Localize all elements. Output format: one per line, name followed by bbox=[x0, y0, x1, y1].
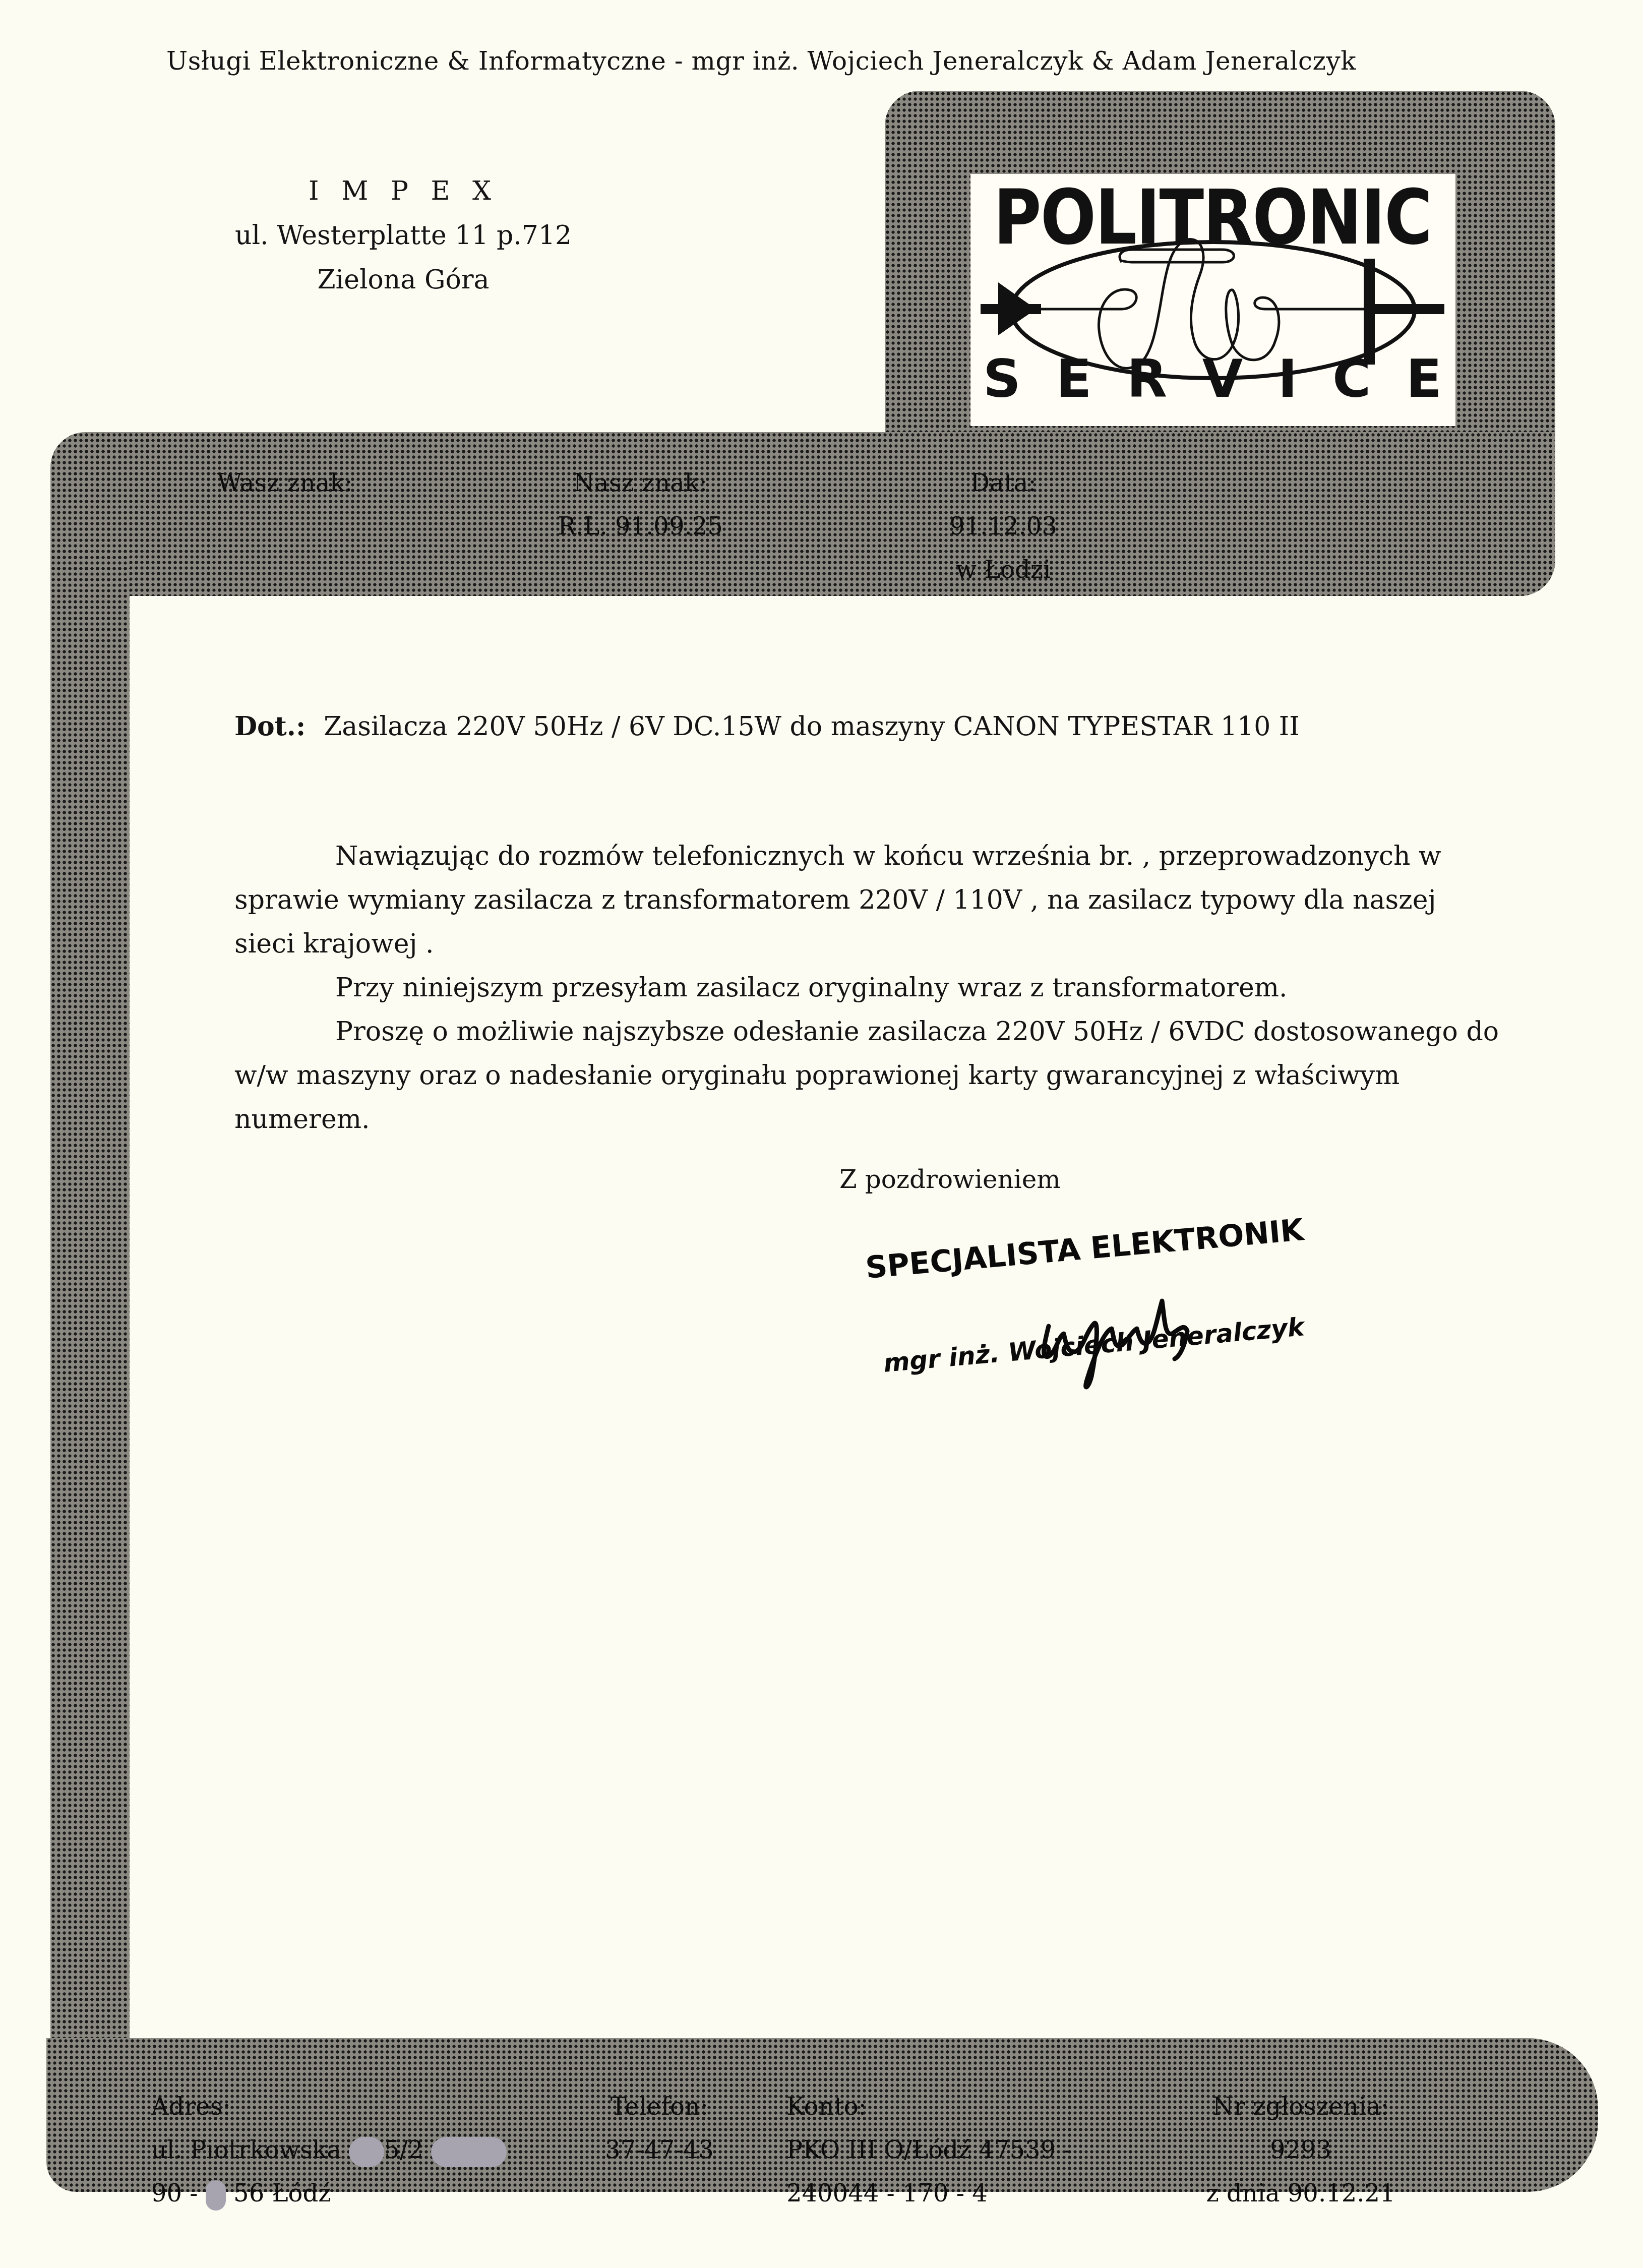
frame-reference-band bbox=[50, 432, 1555, 596]
phone-label: Telefon: bbox=[605, 2085, 714, 2128]
address-line-2: 90 - 56 Łódź bbox=[151, 2172, 507, 2215]
registration-number: 9293 bbox=[1195, 2128, 1407, 2172]
logo-letter: C bbox=[1332, 348, 1371, 409]
footer-registration: Nr zgłoszenia: 9293 z dnia 90.12.21 bbox=[1195, 2085, 1407, 2215]
your-reference-label: Wasz znak: bbox=[202, 461, 368, 505]
logo-letter: E bbox=[1056, 348, 1091, 409]
our-reference-value: R.L. 91.09.25 bbox=[544, 505, 736, 548]
account-line-1: PKO III O/Łódź 47539 - bbox=[786, 2128, 1072, 2172]
politronic-logo: POLITRONIC S E R V I C E bbox=[970, 174, 1455, 426]
redaction-mark bbox=[349, 2137, 384, 2167]
body-line: Przy niniejszym przesyłam zasilacz orygi… bbox=[335, 966, 1535, 1010]
date-value: 91.12.03 bbox=[948, 505, 1059, 548]
frame-left-column bbox=[50, 555, 130, 2067]
signature-stamp: SPECJALISTA ELEKTRONIK mgr inż. Wojciech… bbox=[857, 1230, 1361, 1417]
body-line: Proszę o możliwie najszybsze odesłanie z… bbox=[335, 1010, 1535, 1054]
subject-text: Zasilacza 220V 50Hz / 6V DC.15W do maszy… bbox=[324, 711, 1300, 742]
recipient-street: ul. Westerplatte 11 p.712 bbox=[212, 213, 595, 258]
body-line: sprawie wymiany zasilacza z transformato… bbox=[234, 878, 1535, 922]
footer-account: Konto: PKO III O/Łódź 47539 - 240044 - 1… bbox=[786, 2085, 1072, 2215]
account-label: Konto: bbox=[786, 2085, 1072, 2128]
address-line-1: ul. Piotrkowska 5/2 bbox=[151, 2128, 507, 2172]
logo-service-text: S E R V I C E bbox=[983, 348, 1442, 409]
logo-letter: E bbox=[1406, 348, 1442, 409]
subject-label: Dot.: bbox=[234, 711, 306, 742]
recipient-city: Zielona Góra bbox=[212, 258, 595, 302]
logo-politronic-text: POLITRONIC bbox=[991, 173, 1434, 262]
recipient-name: I M P E X bbox=[212, 169, 595, 213]
body-line: Nawiązując do rozmów telefonicznych w ko… bbox=[335, 834, 1535, 878]
letter-subject: Dot.:Zasilacza 220V 50Hz / 6V DC.15W do … bbox=[234, 711, 1300, 742]
letter-date: Data: 91.12.03 w Łodzi bbox=[948, 461, 1059, 591]
address-label: Adres: bbox=[151, 2085, 507, 2128]
logo-letter: I bbox=[1278, 348, 1298, 409]
date-label: Data: bbox=[948, 461, 1059, 505]
phone-value: 37-47-43 bbox=[605, 2128, 714, 2172]
place-value: w Łodzi bbox=[948, 548, 1059, 591]
logo-letter: R bbox=[1127, 348, 1167, 409]
closing-greeting: Z pozdrowieniem bbox=[839, 1165, 1061, 1194]
our-reference: Nasz znak: R.L. 91.09.25 bbox=[544, 461, 736, 548]
redaction-mark bbox=[206, 2180, 226, 2211]
body-line: numerem. bbox=[234, 1098, 1535, 1142]
registration-label: Nr zgłoszenia: bbox=[1195, 2085, 1407, 2128]
our-reference-label: Nasz znak: bbox=[544, 461, 736, 505]
body-line: w/w maszyny oraz o nadesłanie oryginału … bbox=[234, 1054, 1535, 1098]
company-header-line: Usługi Elektroniczne & Informatyczne - m… bbox=[166, 46, 1427, 76]
logo-letter: V bbox=[1202, 348, 1243, 409]
footer-address: Adres: ul. Piotrkowska 5/2 90 - 56 Łódź bbox=[151, 2085, 507, 2215]
account-line-2: 240044 - 170 - 4 bbox=[786, 2172, 1072, 2215]
letter-body: Nawiązując do rozmów telefonicznych w ko… bbox=[335, 834, 1535, 1142]
logo-letter: S bbox=[983, 348, 1021, 409]
your-reference: Wasz znak: bbox=[202, 461, 368, 505]
redaction-mark bbox=[431, 2137, 507, 2167]
recipient-address: I M P E X ul. Westerplatte 11 p.712 Ziel… bbox=[212, 169, 595, 302]
footer-phone: Telefon: 37-47-43 bbox=[605, 2085, 714, 2172]
body-line: sieci krajowej . bbox=[234, 922, 1535, 966]
registration-date: z dnia 90.12.21 bbox=[1195, 2172, 1407, 2215]
